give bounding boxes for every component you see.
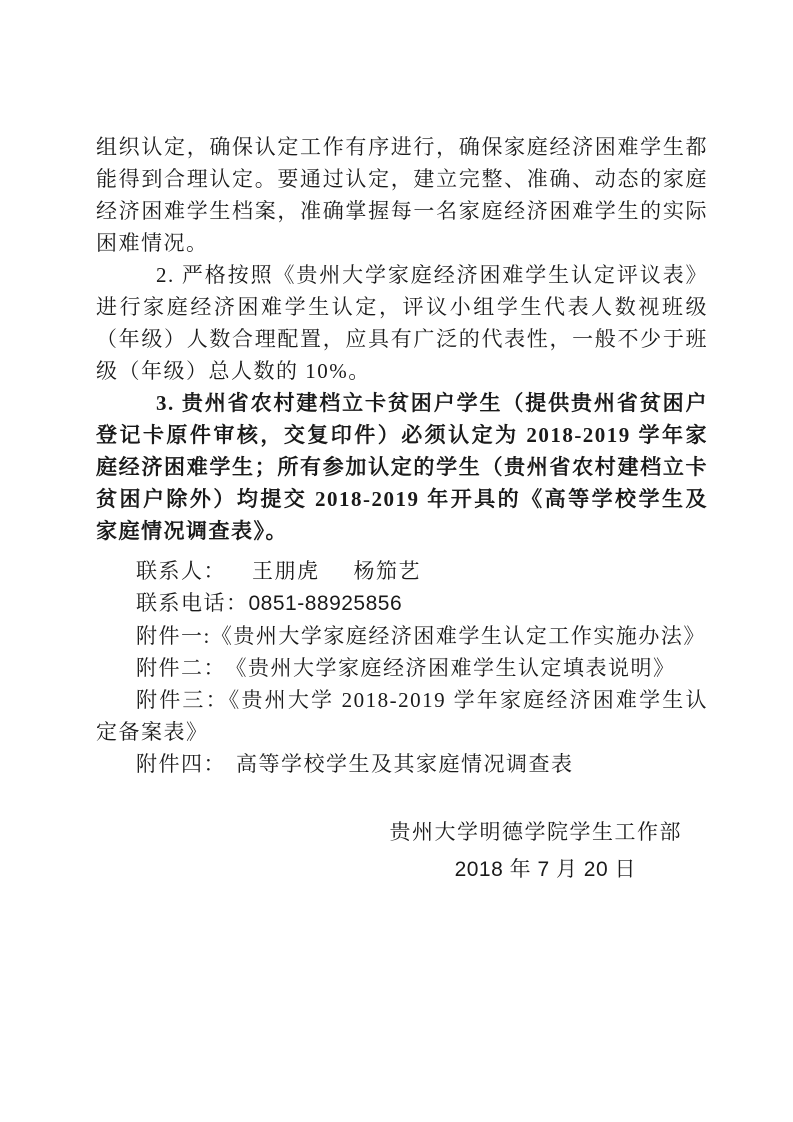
document-page: 组织认定，确保认定工作有序进行，确保家庭经济困难学生都能得到合理认定。要通过认定… — [0, 0, 793, 1122]
signature-date: 2018 年 7 月 20 日 — [96, 854, 708, 886]
attachment-item-1: 附件一:《贵州大学家庭经济困难学生认定工作实施办法》 — [96, 620, 708, 652]
attachment-1-title: 《贵州大学家庭经济困难学生认定工作实施办法》 — [211, 624, 706, 648]
paragraph-item-2: 2. 严格按照《贵州大学家庭经济困难学生认定评议表》进行家庭经济困难学生认定，评… — [96, 259, 708, 387]
contact-block: 联系人：王朋虎杨笳艺 联系电话：0851-88925856 — [96, 555, 708, 620]
contact-person-name-2: 杨笳艺 — [354, 559, 422, 583]
attachment-1-label: 附件一: — [136, 624, 211, 648]
attachment-2-title: 《贵州大学家庭经济困难学生认定填表说明》 — [236, 656, 676, 680]
contact-person-name-1: 王朋虎 — [252, 559, 320, 583]
contact-person-line: 联系人：王朋虎杨笳艺 — [96, 555, 708, 587]
contact-phone-line: 联系电话：0851-88925856 — [96, 587, 708, 620]
paragraph-continuation: 组织认定，确保认定工作有序进行，确保家庭经济困难学生都能得到合理认定。要通过认定… — [96, 131, 708, 259]
signature-organization: 贵州大学明德学院学生工作部 — [96, 816, 708, 848]
attachment-item-4: 附件四：高等学校学生及其家庭情况调查表 — [96, 748, 708, 780]
attachment-4-label: 附件四： — [136, 752, 226, 776]
attachment-2-label: 附件二： — [136, 656, 226, 680]
signature-block: 贵州大学明德学院学生工作部 2018 年 7 月 20 日 — [96, 816, 708, 886]
paragraph-item-3: 3. 贵州省农村建档立卡贫困户学生（提供贵州省贫困户登记卡原件审核，交复印件）必… — [96, 387, 708, 547]
attachment-4-title: 高等学校学生及其家庭情况调查表 — [236, 752, 574, 776]
attachment-item-2: 附件二：《贵州大学家庭经济困难学生认定填表说明》 — [96, 652, 708, 684]
attachment-item-3: 附件三：《贵州大学 2018-2019 学年家庭经济困难学生认定备案表》 — [96, 684, 708, 748]
contact-person-label: 联系人： — [136, 559, 226, 583]
attachment-list: 附件一:《贵州大学家庭经济困难学生认定工作实施办法》 附件二：《贵州大学家庭经济… — [96, 620, 708, 780]
contact-phone-label: 联系电话： — [136, 591, 249, 615]
contact-phone-number: 0851-88925856 — [249, 592, 403, 615]
attachment-3-label: 附件三： — [136, 688, 229, 712]
document-content: 组织认定，确保认定工作有序进行，确保家庭经济困难学生都能得到合理认定。要通过认定… — [96, 131, 708, 886]
